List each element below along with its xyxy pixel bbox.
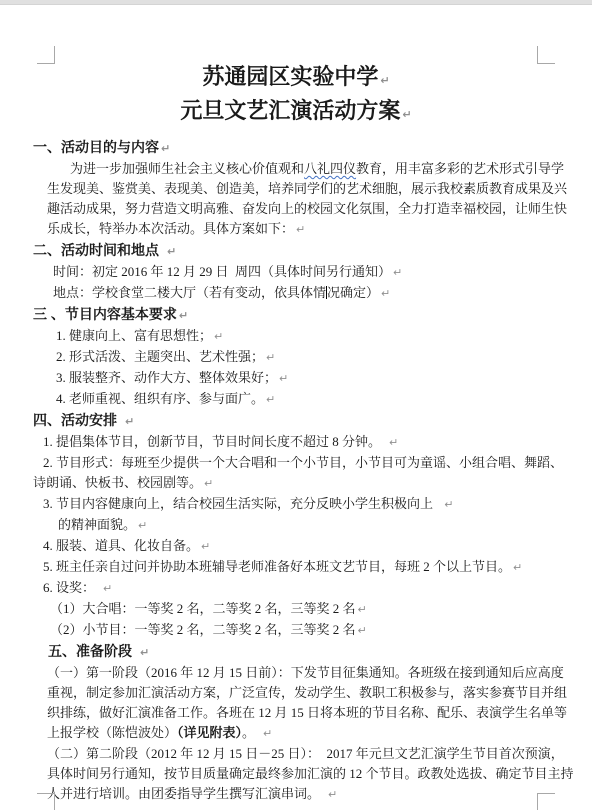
text-segment: 4. 服装、道具、化妆自备。 bbox=[43, 538, 199, 553]
paragraph-mark-icon: ↵ bbox=[393, 266, 402, 279]
text-segment: 一、活动目的与内容 bbox=[33, 139, 159, 155]
paragraph-mark-icon: ↵ bbox=[358, 624, 367, 637]
paragraph-mark-icon: ↵ bbox=[167, 245, 176, 258]
text-line[interactable]: 4. 服装、道具、化妆自备。↵ bbox=[0, 536, 592, 557]
text-segment: 3. 服装整齐、动作大方、整体效果好； bbox=[56, 370, 277, 385]
text-segment: 2. 节目形式：每班至少提供一个大合唱和一个小节目，小节目可为童谣、小组合唱、舞… bbox=[43, 455, 563, 470]
text-segment: （二）第二阶段（2012 年 12 月 15 日－25 日）： 2017 年元旦… bbox=[47, 746, 564, 761]
text-line[interactable]: 人并进行培训。由团委指导学生撰写汇演串词。↵ bbox=[0, 784, 592, 805]
paragraph-mark-icon: ↵ bbox=[279, 372, 288, 385]
text-line[interactable]: 6. 设奖：↵ bbox=[0, 578, 592, 599]
section-heading[interactable]: 一、活动目的与内容↵ bbox=[0, 137, 592, 159]
grammar-flagged-text: 八礼四仪 bbox=[304, 161, 356, 176]
paragraph-mark-icon: ↵ bbox=[179, 309, 188, 322]
text-line[interactable]: 3. 节目内容健康向上，结合校园生活实际，充分反映小学生积极向上 ↵ bbox=[0, 494, 592, 515]
text-segment: 3. 节目内容健康向上，结合校园生活实际，充分反映小学生积极向上 bbox=[43, 496, 436, 511]
paragraph-mark-icon: ↵ bbox=[444, 498, 453, 511]
text-line[interactable]: 2. 节目形式：每班至少提供一个大合唱和一个小节目，小节目可为童谣、小组合唱、舞… bbox=[0, 453, 592, 473]
text-line[interactable]: 时间：初定 2016 年 12 月 29 日 周四（具体时间另行通知）↵ bbox=[0, 262, 592, 283]
title-text: 苏通园区实验中学 bbox=[202, 64, 378, 89]
paragraph-mark-icon: ↵ bbox=[381, 287, 390, 300]
text-line[interactable]: 上报学校（陈恺波处）（详见附表）。↵ bbox=[0, 723, 592, 744]
title-text: 元旦文艺汇演活动方案 bbox=[180, 98, 400, 123]
text-segment: 的精神面貌。 bbox=[58, 517, 136, 532]
paragraph-mark-icon: ↵ bbox=[140, 646, 149, 659]
text-segment: 织排练，做好汇演准备工作。各班在 12 月 15 日将本班的节目名称、配乐、表演… bbox=[47, 705, 567, 720]
text-segment: 1. 提倡集体节目，创新节目，节目时间长度不超过 8 分钟。 bbox=[43, 434, 381, 449]
paragraph-mark-icon: ↵ bbox=[380, 74, 389, 87]
text-segment: （一）第一阶段（2016 年 12 月 15 日前）：下发节目征集通知。各班级在… bbox=[47, 665, 564, 680]
text-segment: 四、活动安排 bbox=[33, 412, 117, 428]
section-heading[interactable]: 五、准备阶段↵ bbox=[0, 641, 592, 663]
paragraph-mark-icon: ↵ bbox=[266, 351, 275, 364]
margin-crop-mark-bottom-left bbox=[37, 793, 55, 810]
text-segment: 上报学校（陈恺波处） bbox=[47, 725, 177, 740]
section-heading[interactable]: 四、活动安排↵ bbox=[0, 410, 592, 432]
text-line[interactable]: 诗朗诵、快板书、校园剧等。↵ bbox=[0, 473, 592, 494]
text-segment: 2. 形式活泼、主题突出、艺术性强； bbox=[56, 349, 264, 364]
document-title-area: 苏通园区实验中学↵ 元旦文艺汇演活动方案↵ bbox=[0, 5, 592, 130]
text-segment: 。 bbox=[242, 725, 255, 740]
text-segment: 乐成长，特举办本次活动。具体方案如下： bbox=[47, 221, 294, 236]
paragraph-mark-icon: ↵ bbox=[204, 477, 213, 490]
paragraph-mark-icon: ↵ bbox=[513, 561, 522, 574]
text-segment: 6. 设奖： bbox=[43, 580, 95, 595]
text-segment: 4. 老师重视、组织有序、参与面广。 bbox=[56, 391, 264, 406]
text-line[interactable]: 1. 健康向上、富有思想性；↵ bbox=[0, 326, 592, 347]
paragraph-mark-icon: ↵ bbox=[389, 436, 398, 449]
text-line[interactable]: 生发现美、鉴赏美、表现美、创造美，培养同学们的艺术细胞，展示我校素质教育成果及兴 bbox=[0, 179, 592, 199]
text-line[interactable]: 的精神面貌。↵ bbox=[0, 515, 592, 536]
text-segment: 趣活动成果，努力营造文明高雅、奋发向上的校园文化氛围，全力打造幸福校园，让师生快 bbox=[47, 201, 567, 216]
text-line[interactable]: 乐成长，特举办本次活动。具体方案如下：↵ bbox=[0, 219, 592, 240]
text-line[interactable]: 1. 提倡集体节目，创新节目，节目时间长度不超过 8 分钟。↵ bbox=[0, 432, 592, 453]
document-page[interactable]: 苏通园区实验中学↵ 元旦文艺汇演活动方案↵ 一、活动目的与内容↵为进一步加强师生… bbox=[0, 5, 592, 810]
margin-crop-mark-top-left bbox=[37, 46, 55, 64]
text-line[interactable]: （一）第一阶段（2016 年 12 月 15 日前）：下发节目征集通知。各班级在… bbox=[0, 663, 592, 683]
text-segment: 时间：初定 2016 年 12 月 29 日 周四（具体时间另行通知） bbox=[53, 264, 391, 279]
text-segment: 地点：学校食堂二楼大厅（若有变动，依具体情 bbox=[53, 285, 326, 300]
text-line[interactable]: 3. 服装整齐、动作大方、整体效果好；↵ bbox=[0, 368, 592, 389]
section-heading[interactable]: 二、活动时间和地点↵ bbox=[0, 240, 592, 262]
text-line[interactable]: （2）小节目：一等奖 2 名，二等奖 2 名，三等奖 2 名↵ bbox=[0, 620, 592, 641]
paragraph-mark-icon: ↵ bbox=[402, 108, 411, 121]
text-segment: 生发现美、鉴赏美、表现美、创造美，培养同学们的艺术细胞，展示我校素质教育成果及兴 bbox=[47, 181, 567, 196]
text-segment: 1. 健康向上、富有思想性； bbox=[56, 328, 212, 343]
paragraph-mark-icon: ↵ bbox=[263, 727, 272, 740]
text-segment: 诗朗诵、快板书、校园剧等。 bbox=[33, 475, 202, 490]
document-title-line-2[interactable]: 元旦文艺汇演活动方案↵ bbox=[0, 96, 592, 130]
text-segment: （2）小节目：一等奖 2 名，二等奖 2 名，三等奖 2 名 bbox=[50, 622, 356, 637]
paragraph-mark-icon: ↵ bbox=[328, 788, 337, 801]
text-segment: 五、准备阶段 bbox=[48, 643, 132, 659]
text-line[interactable]: 织排练，做好汇演准备工作。各班在 12 月 15 日将本班的节目名称、配乐、表演… bbox=[0, 703, 592, 723]
text-line[interactable]: 具体时间另行通知，按节目质量确定最终参加汇演的 12 个节目。政教处选拔、确定节… bbox=[0, 764, 592, 784]
paragraph-mark-icon: ↵ bbox=[201, 540, 210, 553]
text-segment: 具体时间另行通知，按节目质量确定最终参加汇演的 12 个节目。政教处选拔、确定节… bbox=[47, 766, 574, 781]
text-line[interactable]: 趣活动成果，努力营造文明高雅、奋发向上的校园文化氛围，全力打造幸福校园，让师生快 bbox=[0, 199, 592, 219]
text-line[interactable]: 重视，制定参加汇演活动方案，广泛宣传，发动学生、教职工积极参与，落实参赛节目并组 bbox=[0, 683, 592, 703]
text-segment: 人并进行培训。由团委指导学生撰写汇演串词。 bbox=[47, 786, 320, 801]
paragraph-mark-icon: ↵ bbox=[358, 603, 367, 616]
text-line[interactable]: 2. 形式活泼、主题突出、艺术性强；↵ bbox=[0, 347, 592, 368]
section-heading[interactable]: 三 、节目内容基本要求↵ bbox=[0, 304, 592, 326]
document-title-line-1[interactable]: 苏通园区实验中学↵ bbox=[0, 62, 592, 96]
text-segment: 重视，制定参加汇演活动方案，广泛宣传，发动学生、教职工积极参与，落实参赛节目并组 bbox=[47, 685, 567, 700]
text-line[interactable]: 4. 老师重视、组织有序、参与面广。↵ bbox=[0, 389, 592, 410]
margin-crop-mark-bottom-right bbox=[537, 793, 555, 810]
paragraph-mark-icon: ↵ bbox=[296, 223, 305, 236]
text-segment: 三 、节目内容基本要求 bbox=[33, 306, 177, 322]
paragraph-mark-icon: ↵ bbox=[125, 415, 134, 428]
text-segment: 况确定） bbox=[327, 285, 379, 300]
text-line[interactable]: 为进一步加强师生社会主义核心价值观和八礼四仪教育，用丰富多彩的艺术形式引导学 bbox=[0, 159, 592, 179]
paragraph-mark-icon: ↵ bbox=[161, 142, 170, 155]
text-segment: 二、活动时间和地点 bbox=[33, 242, 159, 258]
margin-crop-mark-top-right bbox=[537, 46, 555, 64]
paragraph-mark-icon: ↵ bbox=[214, 330, 223, 343]
paragraph-mark-icon: ↵ bbox=[138, 519, 147, 532]
text-line[interactable]: （1）大合唱：一等奖 2 名，二等奖 2 名，三等奖 2 名↵ bbox=[0, 599, 592, 620]
text-segment: （详见附表） bbox=[177, 725, 242, 740]
text-segment: 为进一步加强师生社会主义核心价值观和 bbox=[70, 161, 304, 176]
paragraph-mark-icon: ↵ bbox=[103, 582, 112, 595]
text-segment: 5. 班主任亲自过问并协助本班辅导老师准备好本班文艺节目，每班 2 个以上节目。 bbox=[43, 559, 511, 574]
text-line[interactable]: 地点：学校食堂二楼大厅（若有变动，依具体情况确定）↵ bbox=[0, 283, 592, 304]
text-line[interactable]: （二）第二阶段（2012 年 12 月 15 日－25 日）： 2017 年元旦… bbox=[0, 744, 592, 764]
text-line[interactable]: 5. 班主任亲自过问并协助本班辅导老师准备好本班文艺节目，每班 2 个以上节目。… bbox=[0, 557, 592, 578]
paragraph-mark-icon: ↵ bbox=[266, 393, 275, 406]
document-body[interactable]: 一、活动目的与内容↵为进一步加强师生社会主义核心价值观和八礼四仪教育，用丰富多彩… bbox=[0, 130, 592, 805]
text-segment: （1）大合唱：一等奖 2 名，二等奖 2 名，三等奖 2 名 bbox=[50, 601, 356, 616]
text-segment: 教育，用丰富多彩的艺术形式引导学 bbox=[356, 161, 564, 176]
